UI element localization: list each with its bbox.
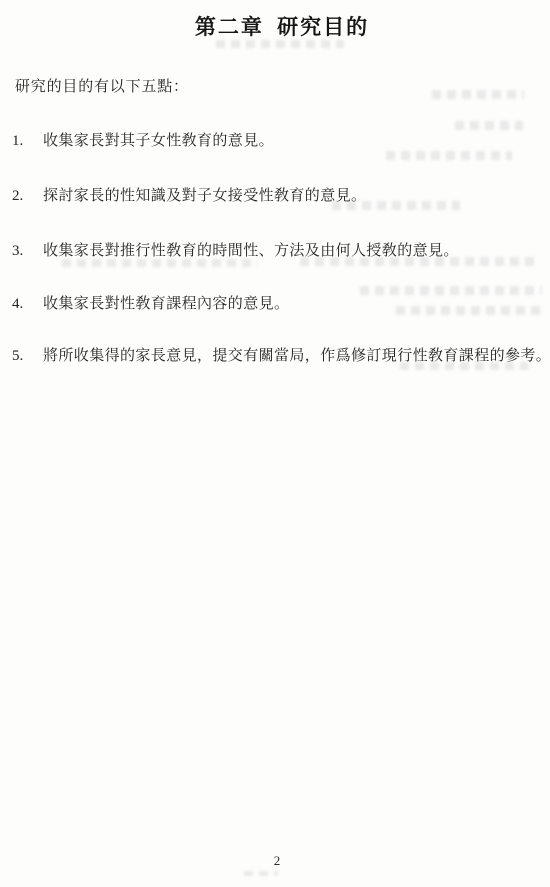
item-text: 收集家長對其子女性敎育的意見。 — [43, 133, 274, 149]
bleedthrough-artifact — [244, 871, 278, 876]
page-number: 2 — [2, 853, 550, 869]
objective-item: 3.收集家長對推行性敎育的時間性、方法及由何人授敎的意見。 — [12, 239, 540, 260]
bleedthrough-artifact — [386, 151, 512, 160]
intro-line: 研究的目的有以下五點： — [15, 75, 189, 96]
item-number: 2. — [12, 188, 43, 205]
item-text: 將所收集得的家長意見，提交有關當局，作爲修訂現行性敎育課程的參考。 — [43, 348, 550, 364]
item-number: 4. — [12, 296, 43, 313]
bleedthrough-artifact — [62, 259, 258, 267]
chapter-title: 第二章 研究目的 — [7, 11, 550, 41]
objective-item: 4.收集家長對性敎育課程內容的意見。 — [12, 292, 540, 313]
objective-item: 5.將所收集得的家長意見，提交有關當局，作爲修訂現行性敎育課程的參考。 — [12, 344, 540, 365]
item-number: 1. — [12, 133, 43, 150]
item-text: 收集家長對推行性敎育的時間性、方法及由何人授敎的意見。 — [43, 243, 459, 259]
item-text: 收集家長對性敎育課程內容的意見。 — [43, 296, 289, 312]
document-page: 第二章 研究目的 研究的目的有以下五點： 1.收集家長對其子女性敎育的意見。 2… — [0, 0, 550, 887]
bleedthrough-artifact — [432, 90, 524, 99]
objective-item: 2.探討家長的性知識及對子女接受性敎育的意見。 — [12, 184, 540, 205]
item-number: 5. — [12, 348, 43, 365]
item-number: 3. — [12, 243, 43, 260]
item-text: 探討家長的性知識及對子女接受性敎育的意見。 — [43, 188, 366, 204]
bleedthrough-artifact — [216, 40, 344, 48]
objective-item: 1.收集家長對其子女性敎育的意見。 — [12, 129, 540, 150]
